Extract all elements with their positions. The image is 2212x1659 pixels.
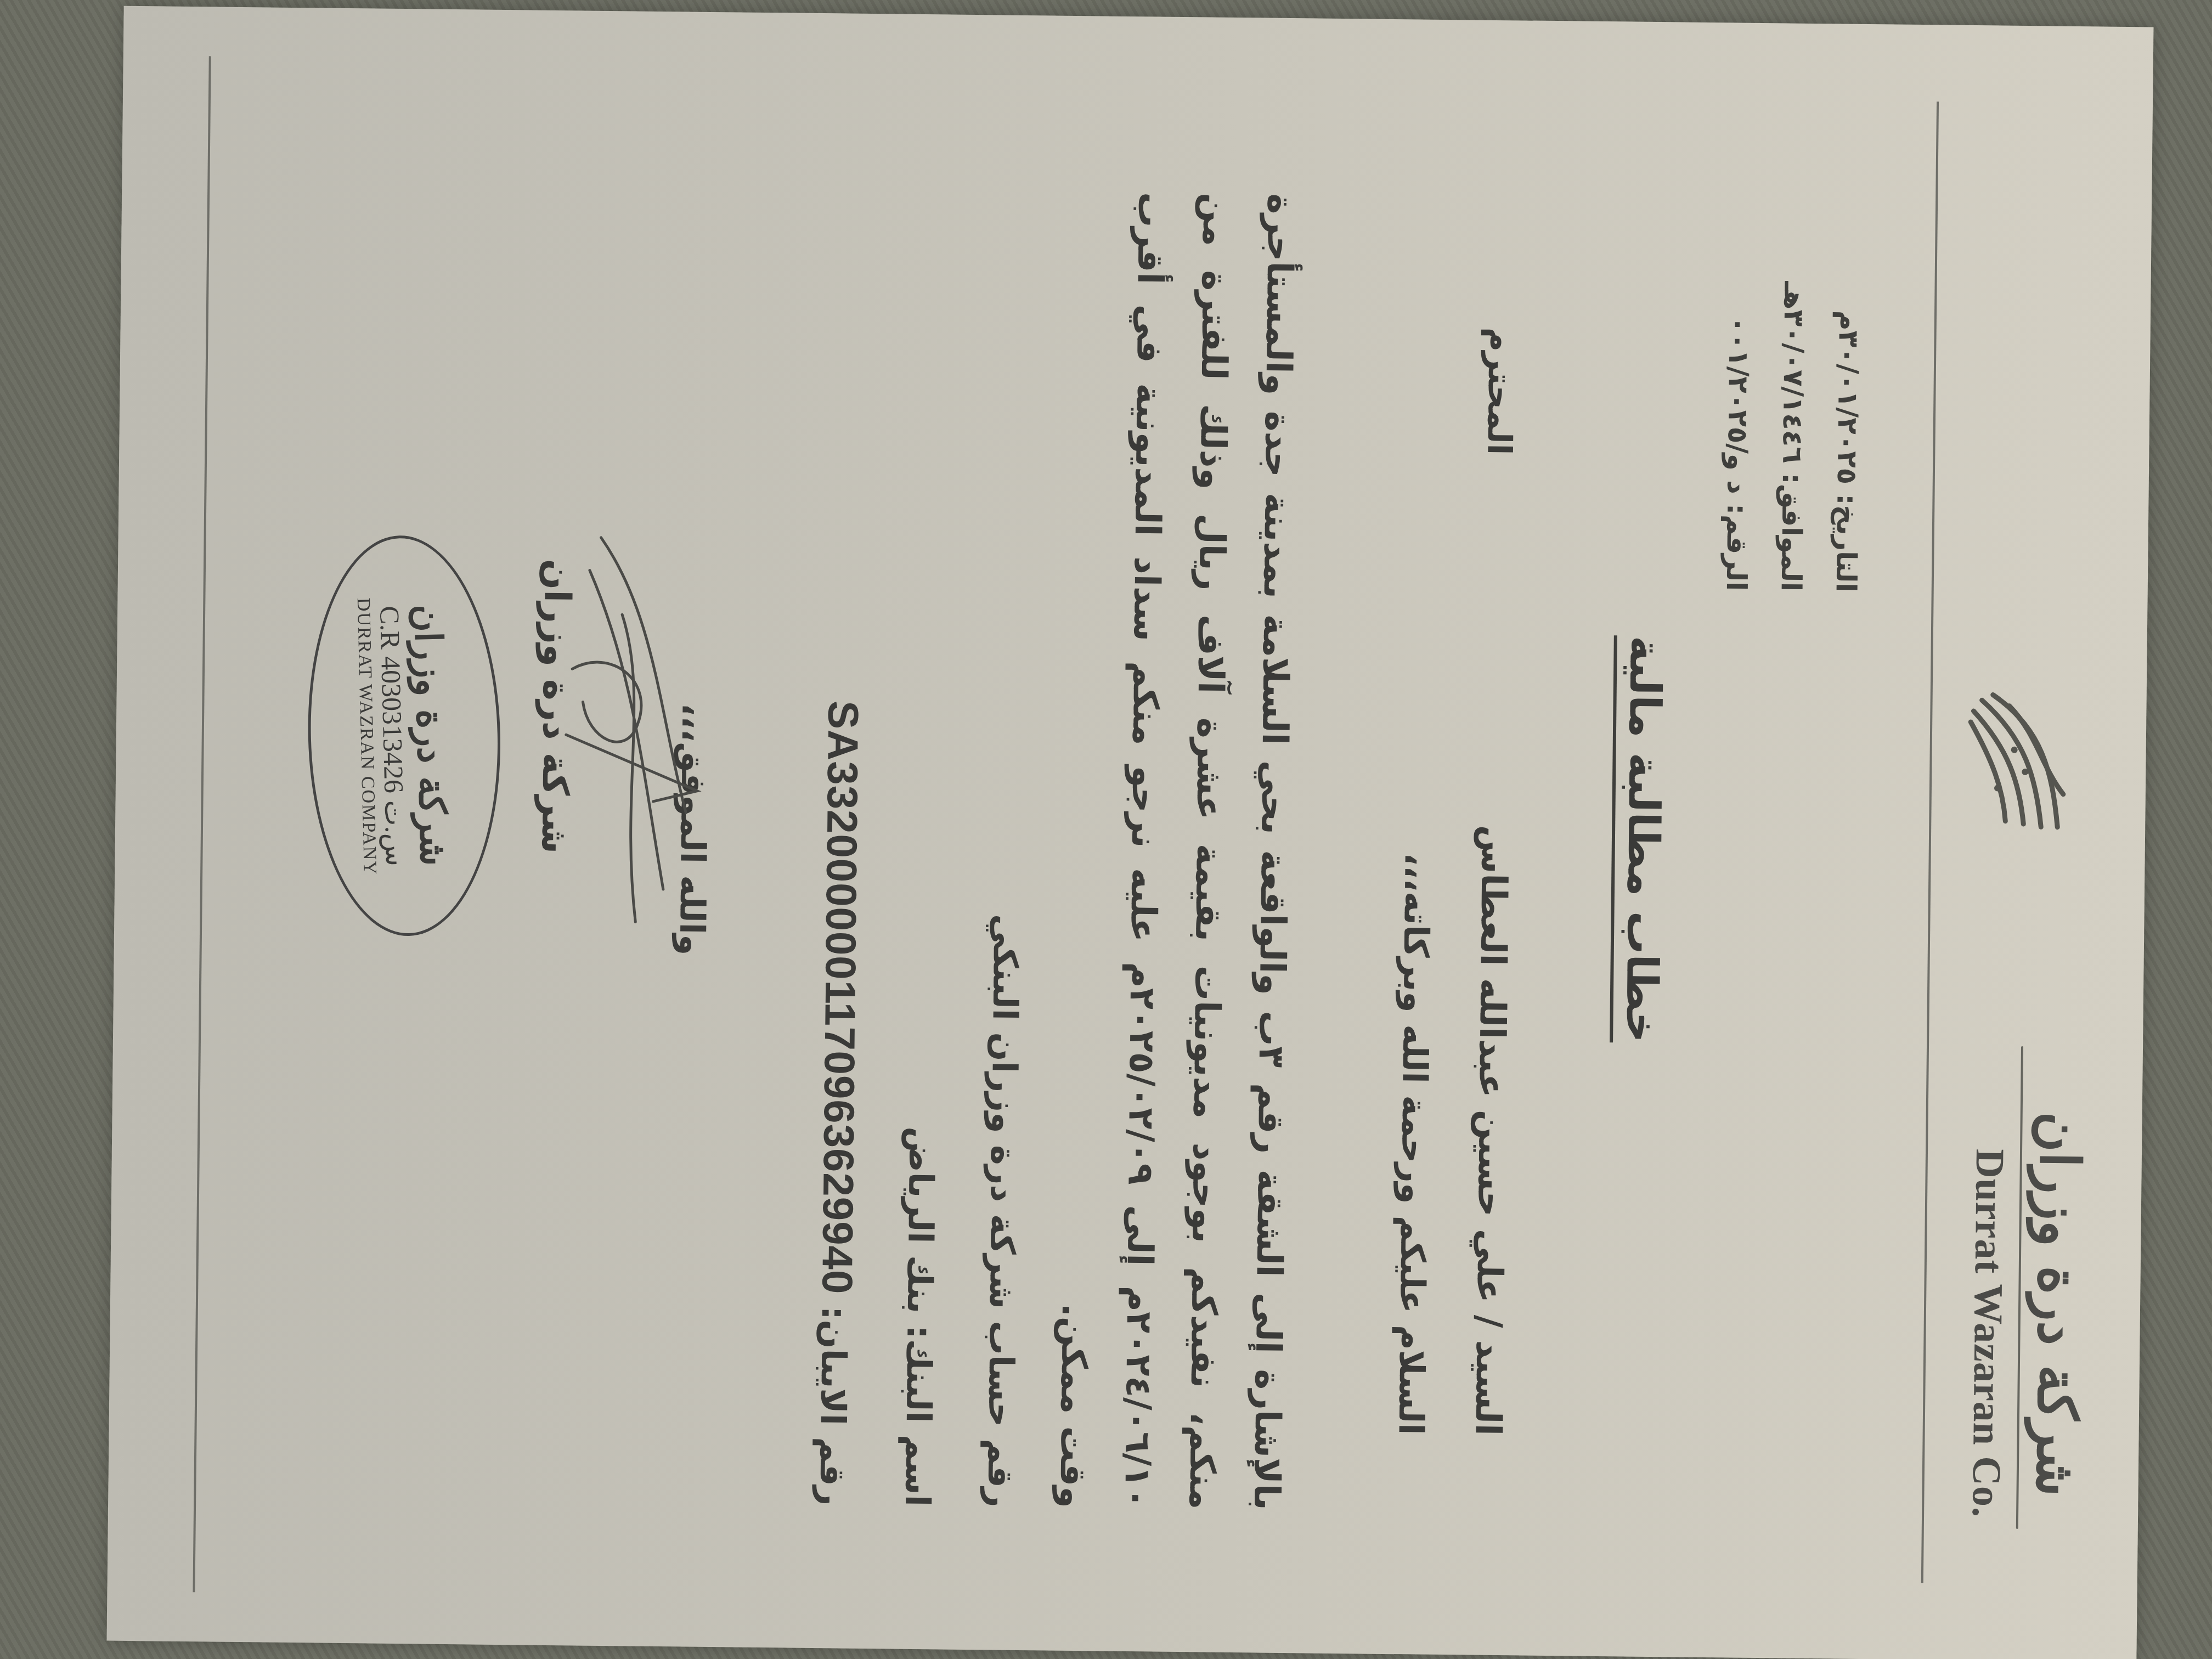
bank-account-label: رقم حساب شركة درة وزران البنكي	[958, 702, 1049, 1508]
bank-details: رقم حساب شركة درة وزران البنكي اسم البنك…	[791, 700, 1049, 1508]
iban-value: SA3320000001170963629940	[813, 701, 867, 1295]
bank-name: اسم البنك: بنك الرياض	[876, 701, 967, 1507]
addressee-name: السيد / علي حسين عبدالله العطاس	[1468, 825, 1515, 1436]
letter-page: شركة درة وزران Durrat Wazaran Co. التاري…	[106, 6, 2153, 1659]
greeting: السلام عليكم ورحمة الله وبركاته،،،	[1391, 853, 1437, 1435]
letter-title: خطاب مطالبة مالية	[1610, 21, 1676, 1657]
letter-body: بالإشارة إلى الشقة رقم ٣ب والواقعة بحي ا…	[1040, 191, 1312, 1510]
addressee-honorific: المحترم	[1480, 328, 1519, 455]
date-gregorian: التاريخ: ٣٠/٠١/٢٠٢٥م	[1819, 281, 1877, 592]
company-name-arabic: شركة درة وزران	[2024, 1111, 2092, 1497]
date-hijri: الموافق: ٣٠/٠٧/١٤٤٦هـ	[1764, 281, 1822, 592]
letterhead-divider	[2016, 1046, 2023, 1529]
letter-meta: التاريخ: ٣٠/٠١/٢٠٢٥م الموافق: ٣٠/٠٧/١٤٤٦…	[1709, 280, 1877, 592]
footer-rule	[193, 56, 211, 1592]
iban-row: رقم الايبان: SA3320000001170963629940	[791, 700, 884, 1506]
company-name-english: Durrat Wazaran Co.	[1962, 1149, 2013, 1518]
stamp-company-arabic: شركة درة وزران	[405, 604, 456, 867]
stamp-cr-number: س.ت 4030313426 C.R	[374, 606, 412, 867]
iban-label: رقم الايبان:	[812, 1306, 854, 1506]
reference-number: الرقم: د و/٠٠١/٢٠٢٥	[1709, 280, 1767, 591]
company-stamp: شركة درة وزران س.ت 4030313426 C.R DURRAT…	[303, 533, 505, 938]
calligraphy-logo-icon	[1964, 684, 2075, 838]
signer-company: شركة درة وزران	[534, 559, 579, 854]
header-rule	[1921, 101, 1939, 1583]
